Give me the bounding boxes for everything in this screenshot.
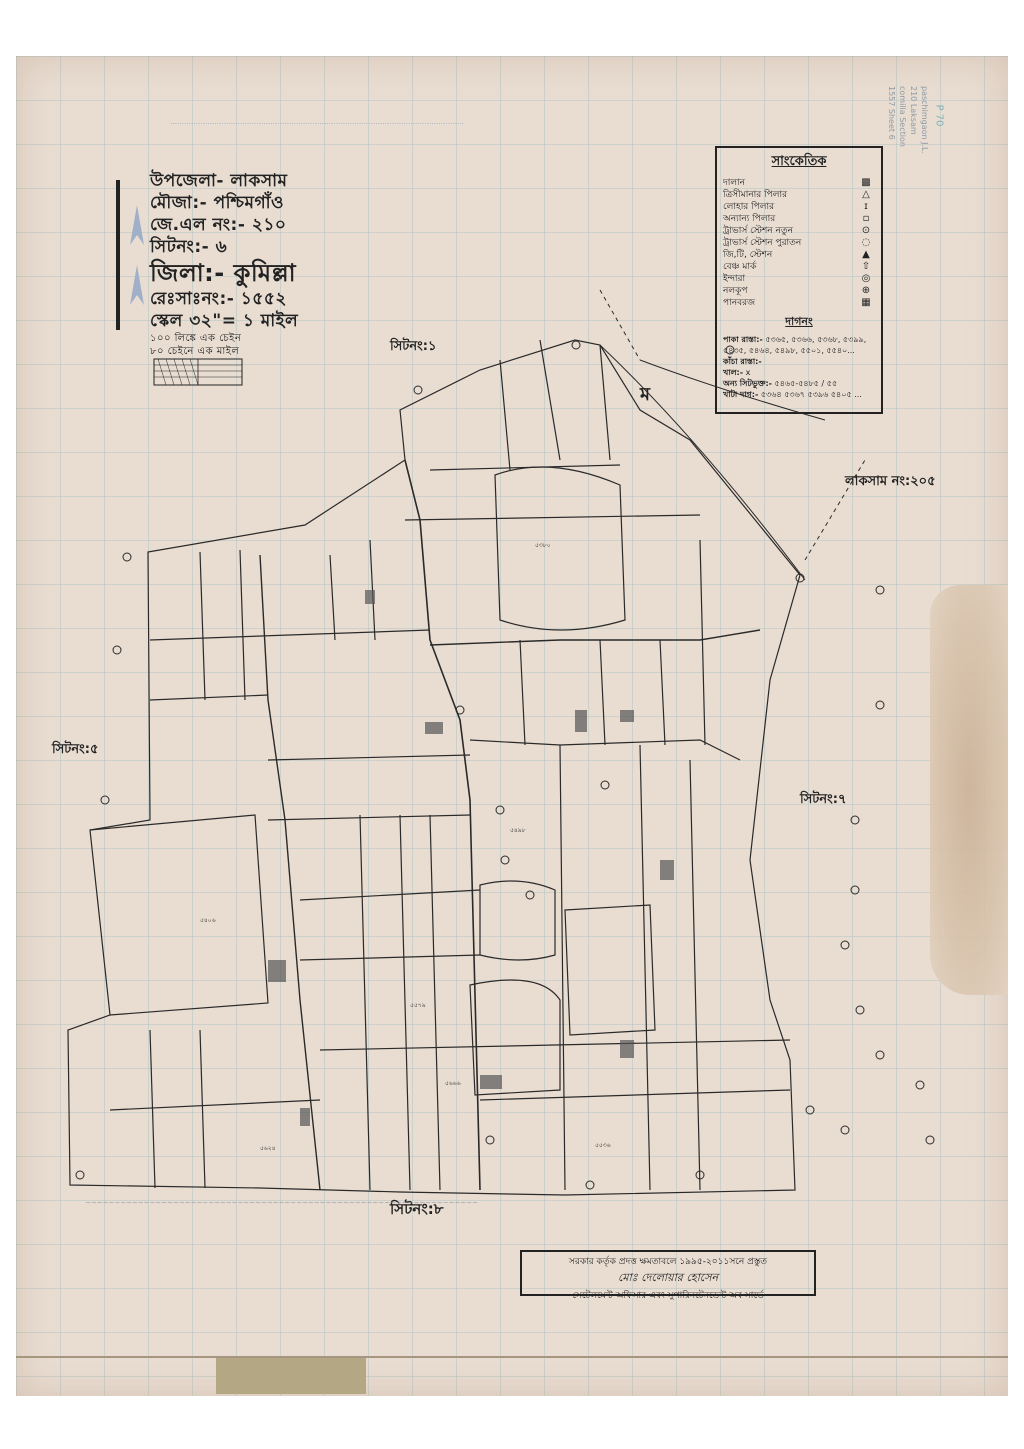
handwritten-notes: ~~~~~~~~~~~~~~~~~~~~~~~~~~~~~~~~~~~~~~~~… [85, 1198, 405, 1208]
parcel-number: ৫৬৬৬ [445, 1078, 461, 1089]
parcel-number: ৫৬২৪ [260, 1143, 276, 1154]
certification-officer: সেটেলমেন্ট অফিসার এবং সুপারিনটেনডেন্ট অব… [522, 1288, 814, 1303]
sheet-label-right: সিটনং:৭ [800, 790, 846, 811]
parcel-number: ৫৪৯৮ [510, 825, 526, 836]
parcel-number: ৫৫৩৬ [595, 1140, 611, 1151]
parcel-number: ৫৪০৬ [200, 915, 216, 926]
sheet-label-top-right: লাকসাম নং:২০৫ [845, 472, 936, 493]
parcel-number: ৫৩৮০ [535, 540, 551, 551]
parcel-number: ৫৫৭৯ [410, 1000, 426, 1011]
sheet-label-top: সিটনং:১ [390, 337, 436, 358]
sheet-label-left: সিটনং:৫ [52, 740, 98, 761]
river-mark: ম [640, 380, 650, 411]
certification-line: সরকার কর্তৃক প্রদত্ত ক্ষমতাবলে ১৯৯৫-২০১১… [522, 1254, 814, 1269]
cadastral-map [0, 0, 1024, 1449]
certification-box: সরকার কর্তৃক প্রদত্ত ক্ষমতাবলে ১৯৯৫-২০১১… [520, 1250, 816, 1296]
signature: মোঃ দেলোয়ার হোসেন [522, 1269, 814, 1288]
